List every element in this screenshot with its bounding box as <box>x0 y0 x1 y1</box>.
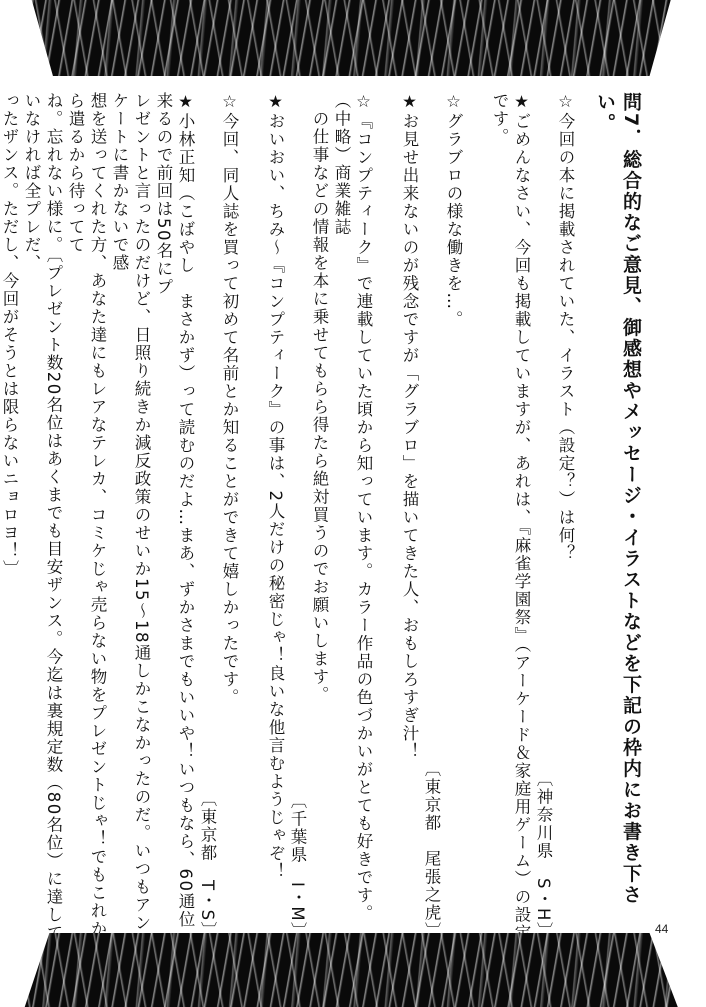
spacer <box>464 92 478 942</box>
reader-comment: ☆今回の本に掲載されていた、イラスト（設定？）は何？ <box>554 92 576 942</box>
author-reply: ★小林正知（こばやし まさかず）って読むのだよ…まあ、ずかさまでもいいや！いつも… <box>152 92 196 942</box>
author-reply: ★お見せ出来ないのが残念ですが「グラブロ」を描いてきた人、おもしろすぎ汁！ <box>398 92 420 942</box>
spacer <box>374 92 388 942</box>
reader-credit: 〔神奈川県 S・H〕 <box>532 92 554 942</box>
author-reply: レゼントと言ったのだけど、日照り続きか減反政策のせいか15～18通しかこなかった… <box>108 92 152 942</box>
reader-comment: ☆『コンプティーク』で連載していた頃から知っています。カラー作品の色づかいがとて… <box>330 92 374 942</box>
page-number: 44 <box>655 922 668 936</box>
entry-2: ☆グラブロの様な働きを…。 〔東京都 尾張之虎〕 ★お見せ出来ないのが残念ですが… <box>398 92 464 942</box>
entry-4: ☆今回、同人誌を買って初めて名前とか知ることができて嬉しかったです。 〔東京都 … <box>0 92 240 942</box>
reader-comment-continued: の仕事などの情報を本に乗せてもらら得たら絶対買うのでお願いします。 <box>308 92 330 942</box>
reader-comment: ☆今回、同人誌を買って初めて名前とか知ることができて嬉しかったです。 <box>218 92 240 942</box>
author-reply: ★ごめんなさい、今回も掲載していますが、あれは、『麻雀学園祭』（アーケード＆家庭… <box>488 92 532 942</box>
reader-credit: 〔東京都 尾張之虎〕 <box>420 92 442 942</box>
decorative-texture-band-top <box>0 0 706 76</box>
question-heading: 問7．総合的なご意見、御感想やメッセージ・イラストなどを下記の枠内にお書き下さい… <box>592 92 644 942</box>
entry-3: ☆『コンプティーク』で連載していた頃から知っています。カラー作品の色づかいがとて… <box>264 92 374 942</box>
author-reply: ★おいおい、ちみ～『コンプティーク』の事は、2人だけの秘密じゃ！良いな他言むよう… <box>264 92 286 942</box>
entry-1: ☆今回の本に掲載されていた、イラスト（設定？）は何？ 〔神奈川県 S・H〕 ★ご… <box>488 92 576 942</box>
vertical-text-body: 問7．総合的なご意見、御感想やメッセージ・イラストなどを下記の枠内にお書き下さい… <box>0 92 644 942</box>
spacer <box>240 92 254 942</box>
reader-credit: 〔千葉県 I・M〕 <box>286 92 308 942</box>
author-reply: ね。忘れない様に。〔プレゼント数20名位はあくまでも目安ザンス。今迄は裏規定数（… <box>20 92 64 942</box>
author-reply: ったザンス。ただし、今回がそうとは限らないニョロヨ！〕 <box>0 92 20 942</box>
reader-comment: ☆グラブロの様な働きを…。 <box>442 92 464 942</box>
decorative-texture-band-bottom <box>0 933 706 1007</box>
author-reply: 想を送ってくれた方、あなた達にもレアなテレカ、コミケじゃ売らない物をプレゼントじ… <box>64 92 108 942</box>
reader-credit: 〔東京都 T・S〕 <box>196 92 218 942</box>
